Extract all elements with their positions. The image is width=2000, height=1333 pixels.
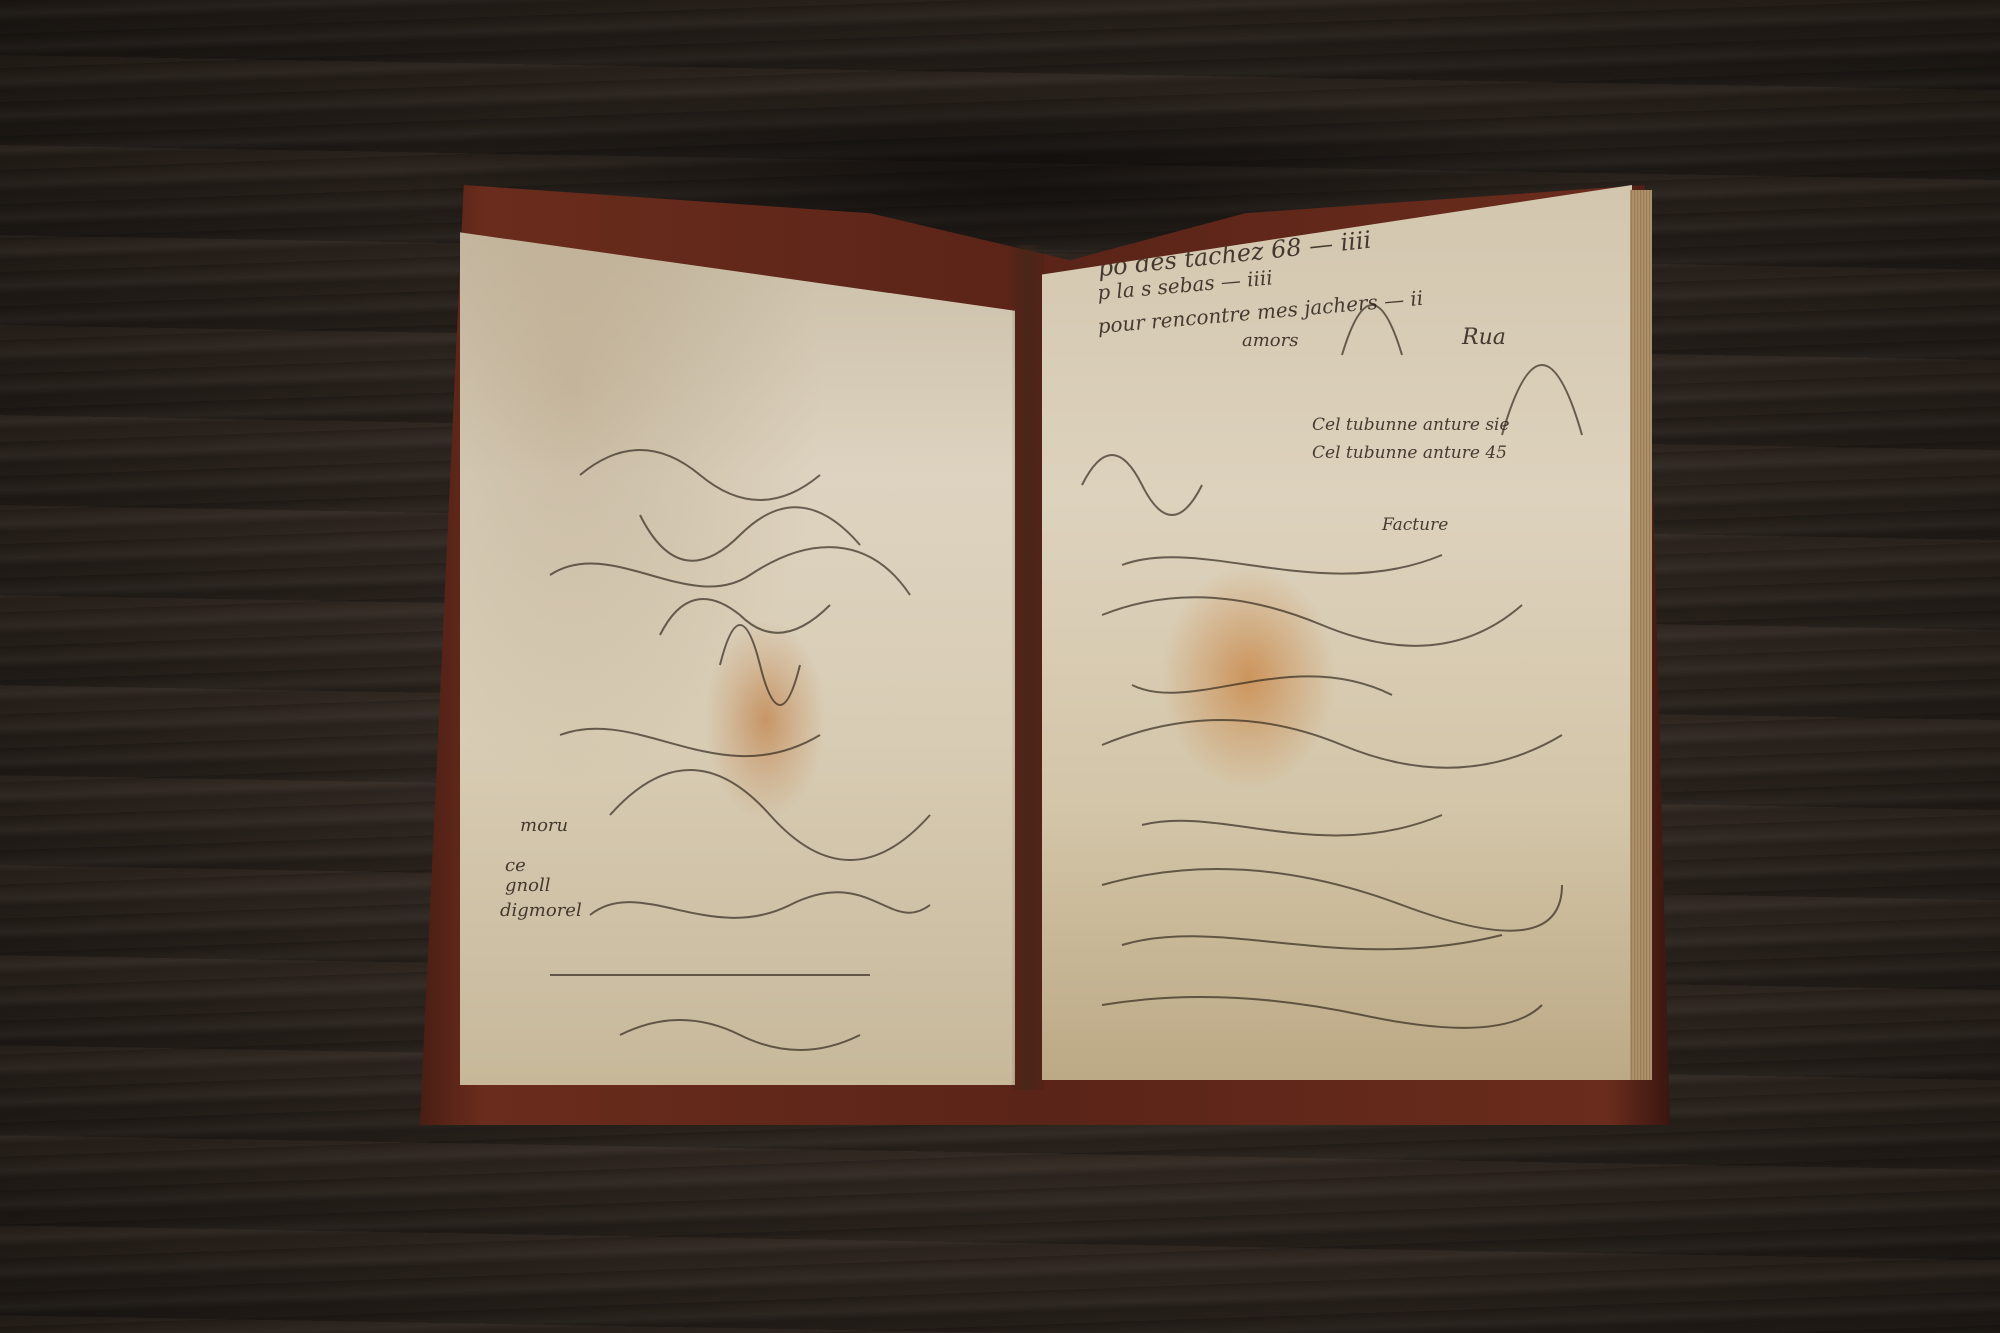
right-page-handwriting: po des tachez 68 — iiii p la s sebas — i… — [1042, 185, 1632, 1080]
open-book: moru ce gnoll digmorel po des tachez 68 … — [420, 185, 1670, 1125]
left-page: moru ce gnoll digmorel — [460, 215, 1015, 1085]
margin-note: digmorel — [500, 900, 582, 921]
margin-note: moru — [520, 815, 568, 836]
handwritten-line: amors — [1242, 330, 1298, 351]
handwritten-line: Cel tubunne anture sie — [1312, 415, 1510, 435]
handwritten-line: Cel tubunne anture 45 — [1312, 443, 1507, 463]
book-gutter — [1012, 245, 1044, 1090]
page-block-edge — [1630, 190, 1652, 1080]
handwritten-line: Facture — [1382, 515, 1448, 535]
left-page-flourishes — [460, 215, 1015, 1085]
handwritten-line: Rua — [1462, 325, 1506, 350]
right-page: po des tachez 68 — iiii p la s sebas — i… — [1042, 185, 1632, 1080]
margin-note: ce — [505, 855, 526, 876]
margin-note: gnoll — [505, 875, 550, 896]
